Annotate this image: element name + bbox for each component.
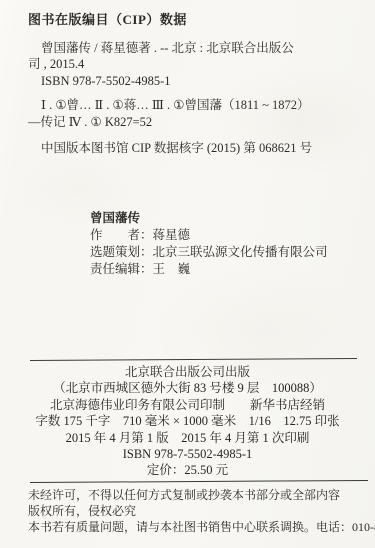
price-line: 定价：25.50 元 (0, 462, 375, 478)
cip-record-number: 中国版本图书馆 CIP 数据核字 (2015) 第 068621 号 (28, 140, 312, 157)
book-info-block: 曾国藩传 作 者：蒋星德 选题策划：北京三联弘源文化传播有限公司 责任编辑：王 … (90, 210, 328, 278)
copyright-page: 图书在版编目（CIP）数据 曾国藩传 / 蒋星德著 . -- 北京 : 北京联合… (0, 0, 375, 548)
format-line: 字数 175 千字 710 毫米 × 1000 毫米 1/16 12.75 印张 (0, 413, 375, 429)
notice-line-quality: 本书若有质量问题，请与本社图书销售中心联系调换。电话：010-84318689 (28, 519, 375, 535)
cip-classification-line-1: Ⅰ . ①曾… Ⅱ . ①蒋… Ⅲ . ①曾国藩（1811 ~ 1872） (28, 97, 312, 114)
cip-data-block: 图书在版编目（CIP）数据 曾国藩传 / 蒋星德著 . -- 北京 : 北京联合… (28, 12, 312, 157)
cip-header: 图书在版编目（CIP）数据 (28, 12, 312, 29)
cip-entry-line-2: 司 , 2015.4 (28, 56, 312, 73)
horizontal-rule-top (30, 358, 357, 361)
isbn-line: ISBN 978-7-5502-4985-1 (0, 446, 375, 462)
author-row: 作 者：蒋星德 (90, 227, 328, 244)
book-title: 曾国藩传 (90, 210, 328, 227)
cip-classification-line-2: —传记 Ⅳ . ① K827=52 (28, 114, 312, 131)
copyright-notice-block: 未经许可，不得以任何方式复制或抄袭本书部分或全部内容 版权所有，侵权必究 本书若… (28, 487, 375, 536)
horizontal-rule-bottom (30, 480, 368, 483)
publication-block: 北京联合出版公司出版 （北京市西城区德外大街 83 号楼 9 层 100088）… (0, 364, 375, 479)
publisher-line: 北京联合出版公司出版 (0, 364, 375, 380)
editor-row: 责任编辑：王 巍 (90, 261, 328, 278)
edition-printing-line: 2015 年 4 月第 1 版 2015 年 4 月第 1 次印刷 (0, 430, 375, 446)
cip-entry-line-1: 曾国藩传 / 蒋星德著 . -- 北京 : 北京联合出版公 (28, 40, 312, 57)
printer-distributor-line: 北京海德伟业印务有限公司印制 新华书店经销 (0, 397, 375, 413)
address-line: （北京市西城区德外大街 83 号楼 9 层 100088） (0, 380, 375, 396)
cip-isbn: ISBN 978-7-5502-4985-1 (28, 73, 312, 90)
notice-line-permission: 未经许可，不得以任何方式复制或抄袭本书部分或全部内容 (28, 487, 375, 503)
planning-row: 选题策划：北京三联弘源文化传播有限公司 (90, 244, 328, 261)
notice-line-copyright: 版权所有，侵权必究 (28, 503, 375, 519)
